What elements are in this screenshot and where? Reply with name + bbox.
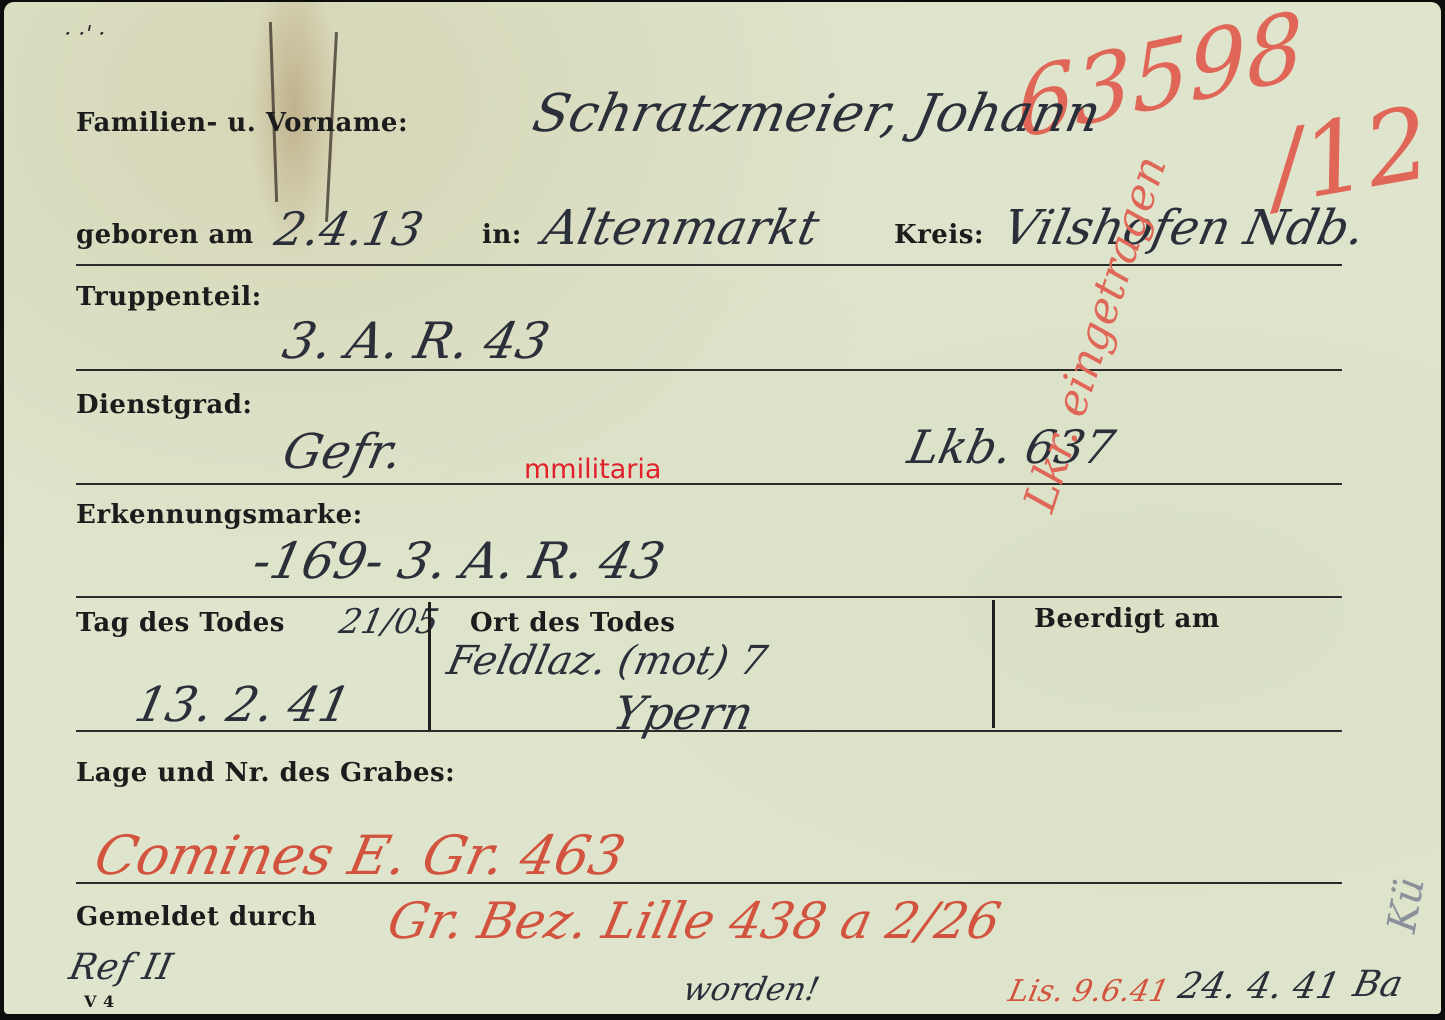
death-day-label: Tag des Todes <box>76 608 285 638</box>
death-day-value: 13. 2. 41 <box>130 677 356 733</box>
pencil-initials: Kü <box>1379 874 1434 936</box>
born-label: geboren am <box>76 220 254 250</box>
form-code: V 4 <box>84 992 115 1011</box>
name-value: Schratzmeier, Johann <box>528 84 1106 144</box>
divider <box>76 369 1342 371</box>
name-label: Familien- u. Vorname: <box>76 108 408 138</box>
kreis-label: Kreis: <box>894 220 984 250</box>
death-record-card: · ·' · 63598 /12 Familien- u. Vorname: S… <box>4 2 1441 1014</box>
footer-date: 24. 4. 41 <box>1175 966 1344 1007</box>
kreis-value: Vilshofen Ndb. <box>998 200 1370 256</box>
tag-value: -169- 3. A. R. 43 <box>248 532 670 590</box>
unit-value: 3. A. R. 43 <box>278 312 555 370</box>
born-in-label: in: <box>482 220 522 250</box>
signature: Ref II <box>66 947 176 988</box>
reported-label: Gemeldet durch <box>76 902 317 932</box>
rank-value: Gefr. <box>278 424 407 480</box>
born-date: 2.4.13 <box>270 202 428 256</box>
death-day-note: 21/05 <box>336 602 442 642</box>
grave-label: Lage und Nr. des Grabes: <box>76 758 455 788</box>
rank-label: Dienstgrad: <box>76 390 253 420</box>
top-marks: · ·' · <box>61 22 107 47</box>
column-divider <box>428 602 431 730</box>
footer-initials: Ba <box>1350 964 1407 1005</box>
death-place-label: Ort des Todes <box>470 608 675 638</box>
grave-value: Comines E. Gr. 463 <box>89 824 630 887</box>
buried-label: Beerdigt am <box>1034 604 1220 634</box>
divider <box>76 882 1342 884</box>
reported-value: Gr. Bez. Lille 438 a 2/26 <box>383 892 1006 950</box>
born-place: Altenmarkt <box>538 200 824 256</box>
tag-label: Erkennungsmarke: <box>76 500 363 530</box>
unit-label: Truppenteil: <box>76 282 262 312</box>
divider <box>76 596 1342 598</box>
divider <box>76 483 1342 485</box>
column-divider <box>992 600 995 728</box>
death-place-line1: Feldlaz. (mot) 7 <box>443 638 771 684</box>
footer-note: worden! <box>680 970 823 1008</box>
divider <box>76 264 1342 266</box>
watermark: mmilitaria <box>524 454 661 485</box>
footer-red-date: Lis. 9.6.41 <box>1005 974 1172 1009</box>
divider <box>76 730 1342 732</box>
